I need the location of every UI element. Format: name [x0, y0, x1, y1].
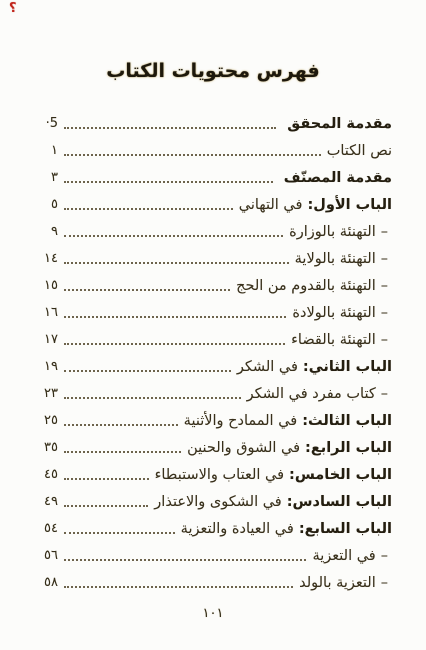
entry-title: التعزية بالولد — [299, 575, 376, 591]
entry-page-number: ٣ — [34, 170, 58, 185]
toc-entry: – التهنئة بالولادة ١٦ — [34, 299, 392, 326]
dotted-leader — [64, 343, 285, 345]
dash-bullet: – — [381, 332, 388, 348]
entry-title: في التهاني — [239, 197, 303, 213]
entry-title-bold: مقدمة المصنّف — [284, 170, 392, 186]
folio-page-number: ١٠١ — [0, 606, 426, 621]
entry-title-bold: مقدمة المحقق — [287, 116, 392, 132]
entry-page-number: ٥٦ — [34, 548, 58, 563]
dotted-leader — [64, 424, 178, 426]
entry-page-number: ٩ — [34, 224, 58, 239]
dotted-leader — [64, 370, 231, 372]
entry-title: في الشكر — [237, 359, 298, 375]
entry-title: التهنئة بالولاية — [295, 251, 376, 267]
entry-title: في التعزية — [312, 548, 375, 564]
page-title: فهرس محتويات الكتاب — [0, 60, 426, 82]
toc-list: مقدمة المحقق ·5 نص الكتاب ١ مقدمة المصنّ… — [34, 110, 392, 596]
toc-entry: الباب السابع: في العيادة والتعزية ٥٤ — [34, 515, 392, 542]
entry-title: التهنئة بالقدوم من الحج — [236, 278, 376, 294]
dotted-leader — [64, 451, 181, 453]
toc-entry: الباب الأول: في التهاني ٥ — [34, 191, 392, 218]
toc-entry: الباب الرابع: في الشوق والحنين ٣٥ — [34, 434, 392, 461]
red-corner-mark: ؟ — [9, 1, 17, 16]
dotted-leader — [64, 532, 175, 534]
entry-title: في الشكوى والاعتذار — [154, 494, 281, 510]
dotted-leader — [64, 316, 286, 318]
dash-bullet: – — [381, 251, 388, 267]
entry-page-number: ٢٥ — [34, 413, 58, 428]
entry-page-number: ٢٣ — [34, 386, 58, 401]
dotted-leader — [64, 181, 273, 183]
entry-title-bold: الباب الثالث: — [302, 413, 392, 429]
entry-title-bold: الباب الخامس: — [289, 467, 392, 483]
dash-bullet: – — [381, 548, 388, 564]
entry-page-number: ١٤ — [34, 251, 58, 266]
dotted-leader — [64, 208, 233, 210]
entry-page-number: ١٥ — [34, 278, 58, 293]
dotted-leader — [64, 505, 148, 507]
entry-page-number: ·5 — [34, 116, 58, 131]
entry-title: في الممادح والأثنية — [184, 413, 298, 429]
entry-page-number: ١ — [34, 143, 58, 158]
dotted-leader — [64, 586, 293, 588]
toc-entry: مقدمة المصنّف ٣ — [34, 164, 392, 191]
toc-entry: مقدمة المحقق ·5 — [34, 110, 392, 137]
entry-page-number: ١٧ — [34, 332, 58, 347]
dotted-leader — [64, 478, 149, 480]
entry-page-number: ١٩ — [34, 359, 58, 374]
entry-title-bold: الباب الرابع: — [305, 440, 392, 456]
toc-entry: الباب الثاني: في الشكر ١٩ — [34, 353, 392, 380]
entry-title: التهنئة بالوزارة — [289, 224, 376, 240]
toc-entry: الباب الثالث: في الممادح والأثنية ٢٥ — [34, 407, 392, 434]
entry-title-bold: الباب السابع: — [299, 521, 392, 537]
toc-entry: – كتاب مفرد في الشكر ٢٣ — [34, 380, 392, 407]
dotted-leader — [64, 289, 230, 291]
dotted-leader — [64, 262, 289, 264]
dotted-leader — [64, 559, 306, 561]
dotted-leader — [64, 235, 283, 237]
entry-page-number: ٤٩ — [34, 494, 58, 509]
dash-bullet: – — [381, 224, 388, 240]
entry-title: في العيادة والتعزية — [181, 521, 294, 537]
entry-page-number: ٥٤ — [34, 521, 58, 536]
toc-entry: – التهنئة بالقدوم من الحج ١٥ — [34, 272, 392, 299]
entry-title: في الشوق والحنين — [187, 440, 300, 456]
entry-title-bold: الباب الأول: — [307, 197, 392, 213]
entry-title: في العتاب والاستبطاء — [155, 467, 284, 483]
dotted-leader — [64, 154, 321, 156]
entry-page-number: ٥٨ — [34, 575, 58, 590]
entry-title: كتاب مفرد في الشكر — [247, 386, 376, 402]
toc-entry: الباب السادس: في الشكوى والاعتذار ٤٩ — [34, 488, 392, 515]
toc-entry: – التهنئة بالولاية ١٤ — [34, 245, 392, 272]
dash-bullet: – — [381, 278, 388, 294]
entry-title: التهنئة بالقضاء — [291, 332, 376, 348]
entry-page-number: ١٦ — [34, 305, 58, 320]
toc-entry: الباب الخامس: في العتاب والاستبطاء ٤٥ — [34, 461, 392, 488]
dash-bullet: – — [381, 305, 388, 321]
toc-entry: نص الكتاب ١ — [34, 137, 392, 164]
toc-entry: – التعزية بالولد ٥٨ — [34, 569, 392, 596]
toc-entry: – التهنئة بالوزارة ٩ — [34, 218, 392, 245]
dash-bullet: – — [381, 386, 388, 402]
scanned-book-page: ؟ فهرس محتويات الكتاب مقدمة المحقق ·5 نص… — [0, 0, 426, 650]
dash-bullet: – — [381, 575, 388, 591]
entry-page-number: ٣٥ — [34, 440, 58, 455]
entry-page-number: ٤٥ — [34, 467, 58, 482]
entry-title-bold: الباب الثاني: — [303, 359, 392, 375]
dotted-leader — [64, 397, 241, 399]
entry-title-bold: الباب السادس: — [287, 494, 392, 510]
dotted-leader — [64, 127, 276, 129]
entry-page-number: ٥ — [34, 197, 58, 212]
toc-entry: – التهنئة بالقضاء ١٧ — [34, 326, 392, 353]
entry-title: نص الكتاب — [327, 143, 392, 159]
toc-entry: – في التعزية ٥٦ — [34, 542, 392, 569]
entry-title: التهنئة بالولادة — [292, 305, 375, 321]
